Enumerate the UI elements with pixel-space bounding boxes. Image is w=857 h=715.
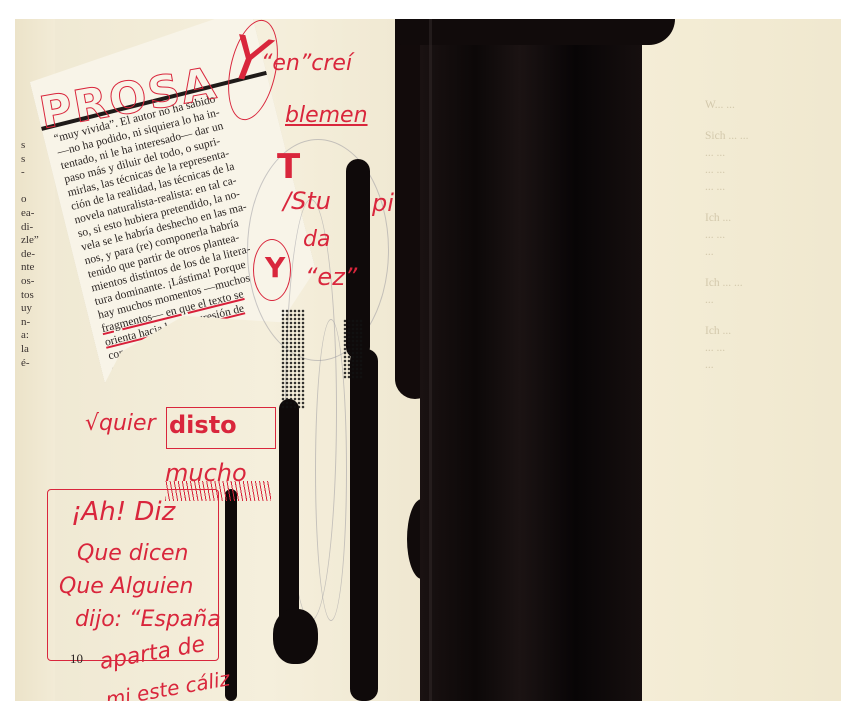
handwriting-ez: “ez” bbox=[305, 263, 357, 291]
margin-fragment: o bbox=[21, 193, 51, 207]
handwriting-stu: /Stu bbox=[283, 187, 331, 215]
margin-fragment: di- bbox=[21, 221, 51, 235]
ghost-line: ... bbox=[705, 244, 835, 261]
handwriting-que-alguien: Que Alguien bbox=[59, 574, 193, 599]
handwriting-da: da bbox=[303, 227, 330, 252]
ghost-line: ... ... bbox=[705, 145, 835, 162]
margin-fragment: tos bbox=[21, 289, 51, 303]
handwriting-pi: pi bbox=[372, 189, 394, 217]
ghost-line: ... bbox=[705, 357, 835, 374]
ghost-line: ... ... bbox=[705, 227, 835, 244]
handwriting-ah: ¡Ah! Diz bbox=[71, 497, 175, 527]
ghost-line: Sich ... ... bbox=[705, 128, 835, 145]
ghost-line: Ich ... ... bbox=[705, 275, 835, 292]
handwriting-blemen: blemen bbox=[285, 103, 368, 128]
margin-fragment: n- bbox=[21, 316, 51, 330]
ink-speckle bbox=[343, 319, 363, 379]
handwriting-dijo: dijo: “España bbox=[75, 607, 221, 632]
book-spine bbox=[429, 19, 432, 701]
handwriting-quier: √quier bbox=[85, 411, 156, 436]
ink-top-bar bbox=[395, 19, 675, 45]
ghost-line: ... ... bbox=[705, 340, 835, 357]
handwriting-que-dicen: Que dicen bbox=[77, 541, 188, 566]
ink-speckle bbox=[281, 309, 305, 409]
margin-fragment: nte bbox=[21, 261, 51, 275]
margin-fragment: de- bbox=[21, 248, 51, 262]
handwriting-encrei: “en”creí bbox=[261, 51, 352, 76]
margin-fragment: a: bbox=[21, 329, 51, 343]
ink-drip bbox=[279, 399, 299, 629]
margin-fragment bbox=[21, 180, 51, 194]
ink-drip bbox=[350, 349, 378, 701]
ghost-line: ... bbox=[705, 292, 835, 309]
ghost-title: W... ... bbox=[705, 97, 835, 114]
ink-drip-blob bbox=[273, 609, 318, 664]
ghost-line: ... ... bbox=[705, 162, 835, 179]
page-number: 10 bbox=[70, 651, 83, 667]
handwriting-disto: disto bbox=[169, 411, 237, 439]
ghost-line: Ich ... bbox=[705, 210, 835, 227]
margin-fragment: s bbox=[21, 153, 51, 167]
book-spread: s s - o ea- di- zle” de- nte os- tos uy … bbox=[15, 19, 841, 701]
margin-fragment: la bbox=[21, 343, 51, 357]
ghost-line: Ich ... bbox=[705, 323, 835, 340]
margin-fragment: - bbox=[21, 166, 51, 180]
margin-fragment: os- bbox=[21, 275, 51, 289]
handwriting-t: T bbox=[277, 147, 300, 187]
margin-fragment: é- bbox=[21, 357, 51, 371]
margin-fragment: uy bbox=[21, 302, 51, 316]
ink-main-column bbox=[420, 19, 642, 701]
margin-text-fragments: s s - o ea- di- zle” de- nte os- tos uy … bbox=[21, 139, 51, 370]
margin-fragment: ea- bbox=[21, 207, 51, 221]
margin-fragment: zle” bbox=[21, 234, 51, 248]
handwriting-y-small: Y bbox=[265, 251, 285, 284]
right-page-bleedthrough-text: W... ... Sich ... ... ... ... ... ... ..… bbox=[705, 97, 835, 374]
ghost-line: ... ... bbox=[705, 179, 835, 196]
